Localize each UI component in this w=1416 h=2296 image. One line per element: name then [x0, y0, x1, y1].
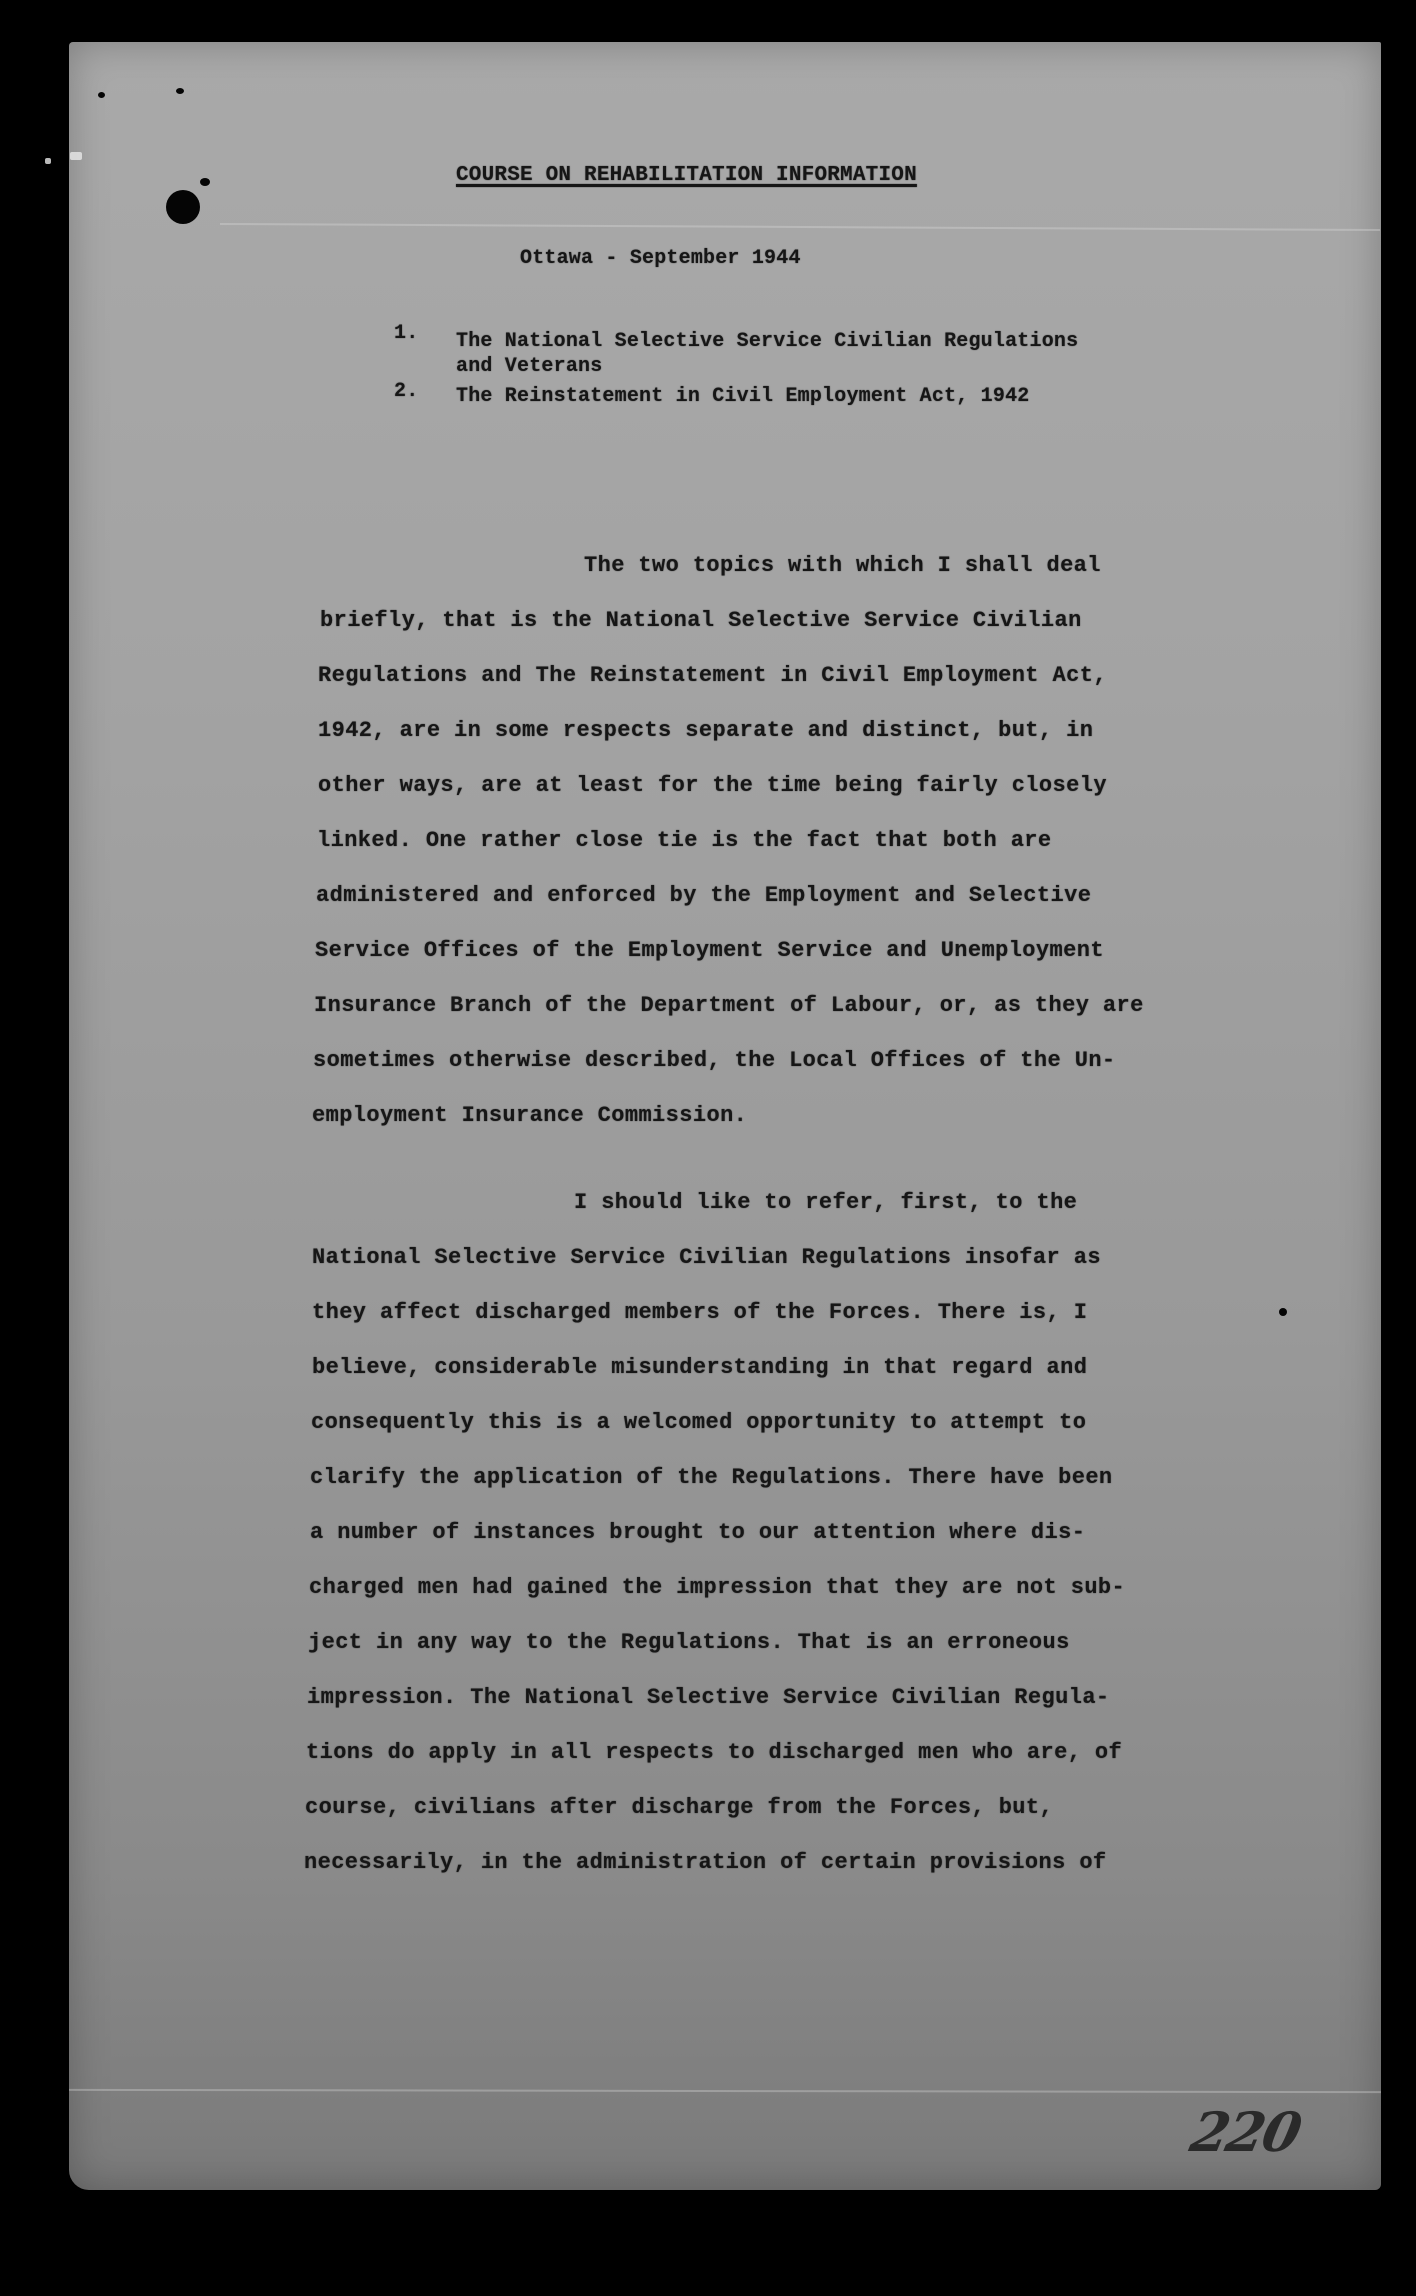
paragraph-line: a number of instances brought to our att…: [310, 1520, 1085, 1545]
paragraph-line: clarify the application of the Regulatio…: [310, 1465, 1113, 1490]
topic-number: 1.: [394, 322, 418, 345]
paragraph-line: 1942, are in some respects separate and …: [318, 718, 1093, 743]
punch-mark: [1279, 1308, 1287, 1316]
paragraph-line: believe, considerable misunderstanding i…: [312, 1355, 1087, 1380]
dust-speck: [45, 158, 51, 164]
paragraph-line: administered and enforced by the Employm…: [316, 883, 1091, 908]
paragraph-line: briefly, that is the National Selective …: [320, 608, 1082, 633]
ink-mark: [200, 178, 210, 186]
topic-line: The National Selective Service Civilian …: [456, 330, 1078, 353]
punch-mark: [176, 88, 184, 94]
paragraph-line: charged men had gained the impression th…: [309, 1575, 1125, 1600]
topic-line: The Reinstatement in Civil Employment Ac…: [456, 385, 1030, 408]
paragraph-line: other ways, are at least for the time be…: [318, 773, 1107, 798]
handwritten-page-number: 220: [1185, 2100, 1305, 2164]
dust-speck: [70, 152, 82, 160]
paragraph-line: tions do apply in all respects to discha…: [306, 1740, 1122, 1765]
paragraph-line: The two topics with which I shall deal: [584, 553, 1101, 578]
paragraph-line: I should like to refer, first, to the: [574, 1190, 1077, 1215]
topic-line: and Veterans: [456, 355, 602, 378]
paragraph-line: Regulations and The Reinstatement in Civ…: [318, 663, 1107, 688]
punch-mark: [98, 92, 105, 98]
paragraph-line: ject in any way to the Regulations. That…: [308, 1630, 1070, 1655]
document-title: COURSE ON REHABILITATION INFORMATION: [456, 164, 917, 187]
paragraph-line: linked. One rather close tie is the fact…: [317, 828, 1052, 853]
topic-number: 2.: [394, 380, 418, 403]
paragraph-line: they affect discharged members of the Fo…: [312, 1300, 1087, 1325]
ink-blot: [166, 190, 200, 224]
paragraph-line: employment Insurance Commission.: [312, 1103, 747, 1128]
paragraph-line: course, civilians after discharge from t…: [305, 1795, 1053, 1820]
document-subtitle: Ottawa - September 1944: [520, 247, 801, 270]
paragraph-line: Insurance Branch of the Department of La…: [314, 993, 1144, 1018]
paragraph-line: National Selective Service Civilian Regu…: [312, 1245, 1101, 1270]
paragraph-line: Service Offices of the Employment Servic…: [315, 938, 1104, 963]
paragraph-line: sometimes otherwise described, the Local…: [313, 1048, 1116, 1073]
paragraph-line: consequently this is a welcomed opportun…: [311, 1410, 1086, 1435]
paragraph-line: necessarily, in the administration of ce…: [304, 1850, 1107, 1875]
paragraph-line: impression. The National Selective Servi…: [307, 1685, 1110, 1710]
